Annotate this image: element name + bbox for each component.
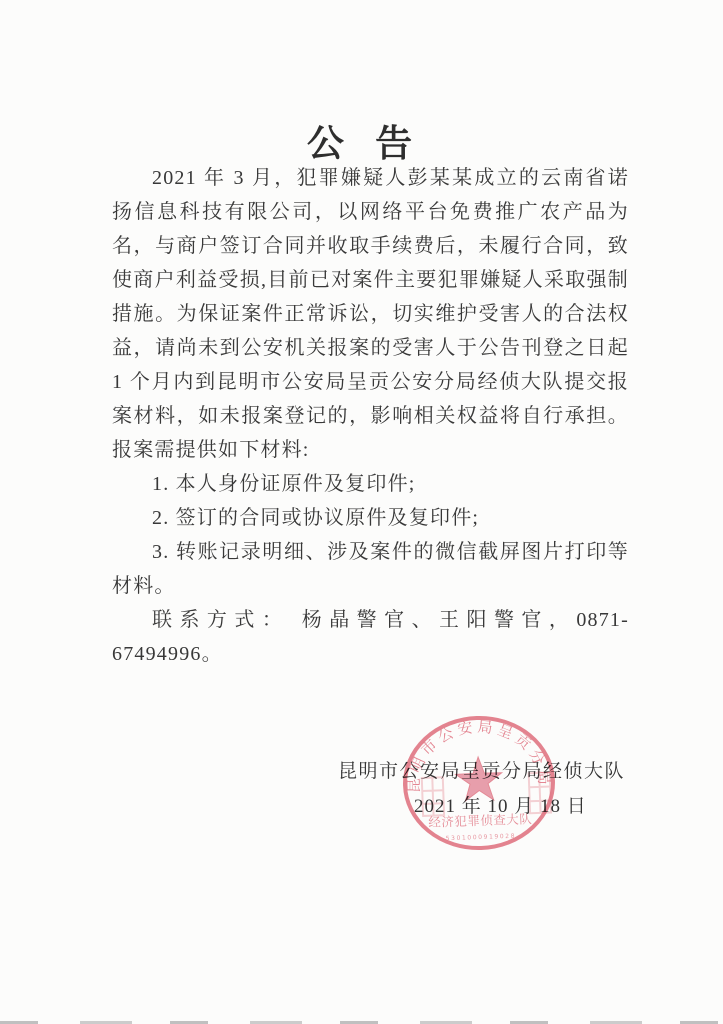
seal-star-icon — [455, 756, 502, 801]
notice-title: 公 告 — [0, 113, 723, 167]
list-item-3: 3. 转账记录明细、涉及案件的微信截屏图片打印等材料。 — [112, 535, 629, 603]
contact-line: 联系方式： 杨晶警官、王阳警官，0871-67494996。 — [112, 603, 629, 671]
list-item-1: 1. 本人身份证原件及复印件; — [112, 467, 629, 501]
seal-serial-number: 5301000919028 — [446, 833, 517, 842]
notice-body: 2021 年 3 月，犯罪嫌疑人彭某某成立的云南省诺扬信息科技有限公司，以网络平… — [112, 161, 629, 671]
body-paragraph-main: 2021 年 3 月，犯罪嫌疑人彭某某成立的云南省诺扬信息科技有限公司，以网络平… — [112, 161, 629, 467]
list-item-2: 2. 签订的合同或协议原件及复印件; — [112, 501, 629, 535]
official-seal-stamp: 昆明市公安局呈贡分局 经济犯罪侦查大队 5301000919028 — [396, 709, 563, 857]
scanned-notice-page: 公 告 2021 年 3 月，犯罪嫌疑人彭某某成立的云南省诺扬信息科技有限公司，… — [0, 0, 723, 1024]
